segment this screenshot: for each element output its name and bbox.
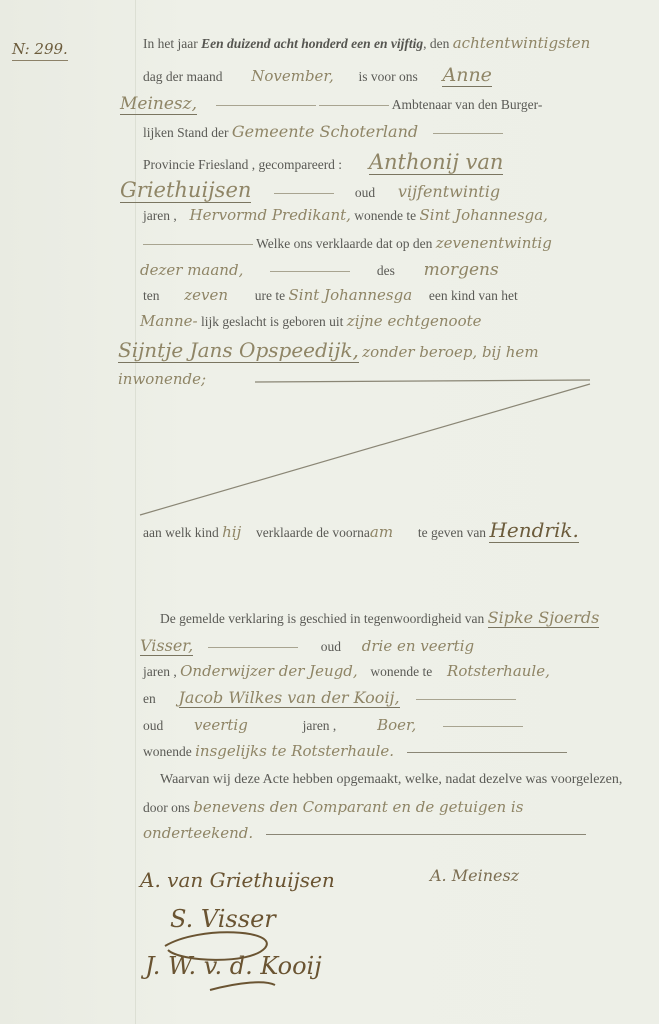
document-page: N: 299. In het jaar Een duizend acht hon… <box>0 0 659 1024</box>
signature-witness2: J. W. v. d. Kooij <box>145 952 322 980</box>
signature-flourish <box>0 0 659 1024</box>
